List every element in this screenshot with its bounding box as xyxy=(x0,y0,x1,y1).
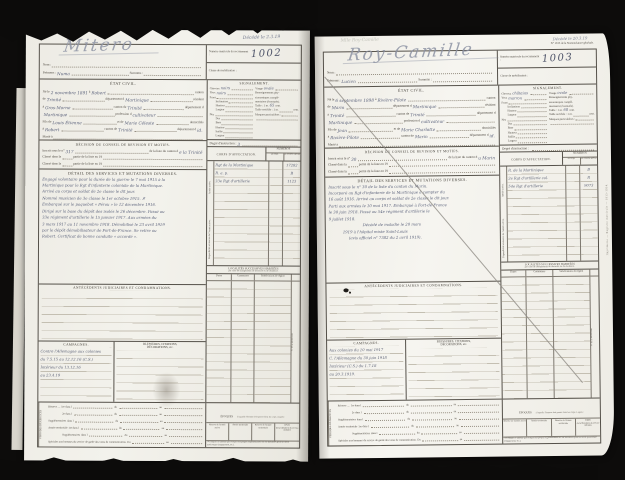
dotted-leader xyxy=(119,406,157,409)
form-label: au xyxy=(460,438,463,441)
nom-line: Nom : xyxy=(327,69,493,75)
form-label: au xyxy=(159,413,162,416)
left-column: ÉTAT CIVIL. Né le6 septembre 1898àRivièr… xyxy=(324,86,503,401)
ruled-lines xyxy=(408,347,499,400)
form-label: dans l xyxy=(357,418,363,421)
handwritten-value: Numa xyxy=(57,71,70,76)
handwritten-value: Rivière-Pilote xyxy=(377,97,406,102)
form-label: Classe de mobilisation : xyxy=(209,69,249,73)
handwritten-value: 317 xyxy=(66,149,74,154)
dotted-leader xyxy=(242,141,297,147)
form-label: du xyxy=(119,427,122,430)
corps-entry: 33e Rgt d'artillerie xyxy=(215,177,267,185)
col-reserve-active: Réserve de l'armée active xyxy=(206,423,229,440)
handwritten-value: Marin xyxy=(332,105,345,110)
dotted-leader xyxy=(62,161,72,167)
section-signalement: SIGNALEMENT. Cheveuxchâtains Yeuxmarron … xyxy=(499,84,597,145)
form-label: canton de xyxy=(401,135,414,139)
vertical-label: Armée active. xyxy=(500,167,507,215)
etat-civil-line: Né le2 novembre 1891àRobertcanton xyxy=(43,86,204,94)
form-label: de garde des voies de communication. xyxy=(85,441,126,444)
form-label: département d xyxy=(477,111,496,115)
dotted-leader xyxy=(430,132,469,139)
dotted-leader xyxy=(76,419,114,422)
dotted-leader xyxy=(62,154,72,160)
prenoms-line: Prénoms :LucienSurnoms : xyxy=(327,77,493,84)
form-label: Inscrit sous le n° xyxy=(328,157,350,161)
sig-line: Visageovale xyxy=(255,86,299,90)
form-label: Largeur xyxy=(216,134,225,137)
handwritten-value: 65 xyxy=(270,104,275,108)
handwritten-value: 30 xyxy=(351,157,356,162)
form-frame: Roy-Camille Nom : Prénoms :LucienSurnoms… xyxy=(323,48,601,446)
col-dates: Dates xyxy=(501,271,526,277)
bottom-strip: PÉRIODES D'EXERCICES Réserve ....1re dan… xyxy=(328,397,600,445)
signalement-grid: Cheveuxnoirs Yeuxnoirs Front Inclinaison… xyxy=(208,86,301,138)
form-label: résidant xyxy=(193,98,203,102)
form-label: département d xyxy=(185,106,204,110)
form-label: du xyxy=(115,420,118,423)
col-date-liberation: DATEde la libération du service militair… xyxy=(275,423,299,440)
form-label: Front xyxy=(210,96,216,99)
dotted-leader xyxy=(532,145,594,151)
vertical-label: Disponibilité et réserve de l'armée acti… xyxy=(501,214,508,262)
dotted-leader xyxy=(74,412,112,415)
signalement-col-b: Visageovale Renseignements phy- sionomiq… xyxy=(255,86,299,138)
dotted-leader xyxy=(69,110,114,117)
col-reserve-territoriale: Réserve de l'armée territoriale xyxy=(252,423,275,440)
dotted-leader xyxy=(408,94,485,101)
periode-line: Réserve ....1re dans lduau xyxy=(48,405,203,409)
form-label: au xyxy=(454,403,457,406)
corps-affectation-table: CORPS D'AFFECTATION. NUMÉROS au corpsau … xyxy=(207,147,300,266)
campagne-entry: au 23.4.19 xyxy=(40,372,111,380)
periodes-lines: Réserve ....1re dans lduau 2e dans lduau… xyxy=(46,402,205,447)
scanned-register-spread: { "form": { "nomenclature": "N° 1913 de … xyxy=(0,0,625,480)
dotted-leader xyxy=(459,416,499,420)
col-numero xyxy=(590,270,598,276)
form-label: département d xyxy=(177,128,196,132)
numeros-header: NUMÉROS au corpsau contrôle spécial xyxy=(563,152,597,165)
section-blessures: BLESSURES, CITATIONS,DÉCORATIONS, etc. xyxy=(406,339,501,400)
ruled-lines xyxy=(329,288,498,340)
form-label: Visage xyxy=(255,87,263,90)
sig-line xyxy=(549,121,595,126)
periode-line: 2e dans lduau xyxy=(338,410,500,415)
periode-line: Armée territoriale1re dans lduau xyxy=(338,424,500,429)
form-label: département d xyxy=(393,105,412,109)
dotted-leader xyxy=(61,125,103,132)
form-label: Hauteur xyxy=(216,104,225,107)
form-label: à xyxy=(328,136,330,140)
dotted-leader xyxy=(164,413,202,416)
handwritten-value: Trinité xyxy=(127,105,141,110)
periode-line: Supplémentairesdans lduau xyxy=(338,431,500,436)
numero-entry: R xyxy=(580,174,597,182)
dotted-leader xyxy=(124,427,160,430)
ruled-lines: Contre l'Allemagne aux colonies du 7.5.1… xyxy=(40,347,111,401)
dotted-leader xyxy=(464,430,500,434)
localites-body: N° de la subdivision xyxy=(501,277,599,399)
form-label: canton de xyxy=(104,128,117,132)
campagnes-blessures-row: CAMPAGNES. Contre l'Allemagne aux coloni… xyxy=(38,340,205,402)
form-label: Taille : 1 m. xyxy=(255,105,268,108)
note-text: Ne remplir ce tableau que lorsque les ép… xyxy=(504,437,558,440)
numero-controle-column: 17282 B 1123 xyxy=(283,162,300,266)
form-label: Fils de xyxy=(328,128,337,132)
dotted-leader xyxy=(411,403,452,407)
signalement-col-a: Cheveuxnoirs Yeuxnoirs Front Inclinaison… xyxy=(210,86,254,138)
dotted-leader xyxy=(363,411,404,415)
form-label: de garde des voies de communication. xyxy=(375,439,416,442)
form-label: partie de la liste en 19 xyxy=(73,156,102,160)
dotted-leader xyxy=(433,77,493,82)
ruled-column xyxy=(501,278,527,399)
dotted-leader xyxy=(119,413,157,416)
ruled-lines: Aux colonies du 10 mai 1917 C. l'Allemag… xyxy=(329,346,404,401)
etat-civil-line: Fils deLouis Étienneet deMarie Célestedo… xyxy=(43,116,204,124)
form-label: Saillie xyxy=(508,135,515,138)
form-label: Supplémentaires xyxy=(338,418,356,421)
form-label: Supplémentaires xyxy=(352,432,370,435)
nomenclature-reference: N° 1913 de la Nomenclature générale. xyxy=(551,42,594,45)
form-label: Yeux xyxy=(210,91,216,94)
dotted-leader xyxy=(81,426,117,429)
form-label: au xyxy=(160,420,163,423)
dotted-leader xyxy=(371,424,409,428)
form-label: de la liste du canton d xyxy=(448,156,477,160)
periode-line: Spéciales aux hommes du servicede garde … xyxy=(338,438,500,443)
ink-smudge xyxy=(152,372,180,408)
section-detail-services: DÉTAIL DES SERVICES ET MUTATIONS DIVERSE… xyxy=(39,169,207,284)
form-label: du xyxy=(114,413,117,416)
localites-subtitle: par suite de changements de domicile ou … xyxy=(207,270,300,273)
epoques-subtitle: à laquelle l'homme doit passer dans les … xyxy=(536,411,584,414)
handwritten-value: id. xyxy=(197,128,202,133)
form-label: Supplémentaires xyxy=(62,434,80,437)
form-label: Classé dans la xyxy=(328,170,347,174)
form-label: Surnoms : xyxy=(418,78,432,82)
dotted-leader xyxy=(416,424,454,428)
form-label: Degré d'instruction : xyxy=(502,147,529,151)
date-sublabel: de la libération du service militaire xyxy=(576,422,600,428)
form-label: partie de la liste en 19 xyxy=(359,170,388,174)
col-date-liberation: DATEde la libération du service militair… xyxy=(576,418,600,435)
dotted-leader xyxy=(134,125,176,132)
periode-line: Réserve ....1re dans lduau xyxy=(338,403,500,408)
periodes-exercices: PÉRIODES D'EXERCICES Réserve ....1re dan… xyxy=(328,400,504,446)
col-communes: Communes xyxy=(526,270,553,276)
epoques-title: ÉPOQUES xyxy=(519,411,532,414)
form-label: mentaires (éventuels). xyxy=(255,100,280,103)
numero-entry: B xyxy=(283,170,300,178)
form-label: du xyxy=(125,434,128,437)
dotted-leader xyxy=(461,423,499,427)
ruled-column xyxy=(254,282,292,403)
form-label: sionomiques complé- xyxy=(255,96,279,99)
form-label: Taille rectifiée : 1 m. xyxy=(549,113,572,117)
form-label: du xyxy=(406,404,409,407)
decision-line: Classé dans lapartie de la liste en 19 xyxy=(42,160,203,167)
campagne-entry: Contre l'Allemagne aux colonies xyxy=(41,347,112,355)
etat-civil-block: Né le6 septembre 1898àRivière-Pilotecant… xyxy=(324,93,499,147)
epoques-title: ÉPOQUES xyxy=(220,415,233,418)
form-label: à xyxy=(375,98,377,102)
signalement-col-b: Visageovale Renseignements phy- sionomiq… xyxy=(549,91,595,143)
localites-table: LOCALITÉS SUCCESSIVES HABITÉESpar suite … xyxy=(501,261,599,398)
corps-table-header: CORPS D'AFFECTATION. NUMÉROS au corpsau … xyxy=(500,152,597,167)
form-label: Dos xyxy=(508,122,513,125)
form-label: canton de xyxy=(397,112,410,116)
form-label: Renseignements phy- xyxy=(549,96,573,100)
left-column: ÉTAT CIVIL. Né le2 novembre 1891àRobertc… xyxy=(38,79,207,402)
dotted-leader xyxy=(52,63,201,67)
section-campagnes: CAMPAGNES. Contre l'Allemagne aux coloni… xyxy=(38,341,114,401)
form-label: partie de la liste en 19 xyxy=(359,163,388,167)
form-label: du xyxy=(407,418,410,421)
handwritten-value: Rivière-Pilote xyxy=(330,135,359,140)
col-armee-territoriale: Armée territoriale xyxy=(229,423,252,440)
form-label: Spéciales aux hommes du service xyxy=(48,440,84,443)
form-label: 1re dans l xyxy=(69,427,79,430)
classe-row: Classe de mobilisation : xyxy=(498,66,596,85)
section-campagnes: CAMPAGNES. Aux colonies du 10 mai 1917 C… xyxy=(327,340,407,401)
form-label: du xyxy=(406,411,409,414)
col-subdivisions: Subdivisions de région xyxy=(255,275,292,281)
corps-title: CORPS D'AFFECTATION. xyxy=(500,152,563,166)
form-label: Supplémentaires xyxy=(48,419,66,422)
form-label: et de xyxy=(394,127,400,131)
dotted-leader xyxy=(423,438,458,442)
dotted-leader xyxy=(363,404,404,408)
form-label: Base xyxy=(216,122,221,125)
form-label: domiciliés xyxy=(482,126,496,130)
form-label: 2e dans l xyxy=(62,413,72,416)
epoques-columns: Réserve de l'armée active Armée territor… xyxy=(206,423,299,440)
form-label: Front xyxy=(501,101,507,104)
dotted-leader xyxy=(108,88,194,95)
dotted-leader xyxy=(74,405,112,408)
handwritten-value: Martinique xyxy=(44,112,68,117)
col-au-controle: au contrôle spécial xyxy=(581,157,598,165)
epoques-header: ÉPOQUES à laquelle l'homme doit passer d… xyxy=(503,398,600,419)
dotted-leader xyxy=(458,402,499,406)
form-label: de xyxy=(327,106,330,110)
dotted-leader xyxy=(422,431,458,435)
sig-line: Visageovale xyxy=(549,91,595,96)
corps-entry: R. a. p. xyxy=(215,169,267,177)
dotted-leader xyxy=(63,95,104,102)
form-label: 1re dans l xyxy=(358,425,368,428)
dotted-leader xyxy=(379,431,415,435)
dotted-leader xyxy=(438,101,484,108)
form-label: et de xyxy=(117,120,123,124)
section-antecedents: ANTÉCÉDENTS JUDICIAIRES ET CONDAMNATIONS… xyxy=(39,283,206,341)
printer-imprint: Imprimerie — Registre matricule — 1913-1… xyxy=(605,183,609,255)
form-label: du xyxy=(114,406,117,409)
dotted-leader xyxy=(133,441,165,444)
corps-entries: R. de la Martinique 2e Rgt d'artillerie … xyxy=(507,166,567,262)
handwritten-value: u Marin xyxy=(478,155,495,160)
form-label: dans l xyxy=(67,420,73,423)
numero-controle-column: B R 9073 xyxy=(580,166,598,261)
handwritten-value: Robert xyxy=(45,127,60,132)
form-label: de xyxy=(43,98,46,102)
col-dates: Dates xyxy=(207,275,232,281)
dotted-leader xyxy=(518,139,547,143)
dotted-leader xyxy=(164,420,202,423)
faint-pencil-note: Mlle Roy-Camille xyxy=(341,38,379,44)
form-label: Visage xyxy=(549,92,557,95)
dotted-leader xyxy=(348,168,358,174)
form-label: département d xyxy=(105,98,124,102)
handwritten-value: ovale xyxy=(264,87,274,91)
form-label: Du xyxy=(127,441,130,444)
dotted-leader xyxy=(458,409,499,413)
vertical-label: N° de la subdivision xyxy=(590,277,599,398)
form-label: Classé dans la xyxy=(42,162,61,166)
sig-line: Largeur xyxy=(210,133,254,137)
etat-civil-line: Martiniqueprofession dcultivateur xyxy=(43,109,204,117)
handwritten-value: 3 xyxy=(237,142,240,147)
form-label: département d xyxy=(470,134,489,138)
epoques-note: Ne remplir ce tableau que lorsque les ép… xyxy=(503,435,600,444)
bottom-strip: PÉRIODES D'EXERCICES Réserve ....1re dan… xyxy=(38,401,299,447)
numeros-subheaders: au corpsau contrôle spécial xyxy=(266,153,300,161)
form-label: Inscrit sous le n° xyxy=(42,149,64,153)
etat-civil-line: deTrinitédépartement dMartiniquerésidant xyxy=(43,94,204,102)
ruled-column xyxy=(231,282,254,403)
form-label: canton xyxy=(195,91,204,95)
numero-entry: 17282 xyxy=(283,162,300,170)
col-au-controle: au contrôle spécial xyxy=(284,153,301,161)
form-label: au xyxy=(162,427,165,430)
section-antecedents: ANTÉCÉDENTS JUDICIAIRES ET CONDAMNATIONS… xyxy=(326,281,501,340)
handwritten-value: Trinité xyxy=(118,127,132,132)
vertical-label: Armée active. xyxy=(207,161,213,213)
campagnes-blessures-row: CAMPAGNES. Aux colonies du 10 mai 1917 C… xyxy=(327,338,502,401)
dotted-leader xyxy=(358,78,418,83)
handwritten-value: Martinique xyxy=(413,104,437,109)
dotted-leader xyxy=(129,434,162,437)
form-label: canton xyxy=(487,96,496,100)
form-label: Armée territoriale xyxy=(48,426,67,429)
signalement-grid: Cheveuxchâtains Yeuxmarron Front Inclina… xyxy=(499,90,597,143)
form-label: profession d xyxy=(404,120,420,124)
epoques-table: ÉPOQUES à laquelle l'homme doit passer d… xyxy=(503,398,600,443)
form-label: Armée territoriale xyxy=(338,425,357,428)
dotted-leader xyxy=(569,91,593,95)
handwritten-value: cultivateur xyxy=(132,112,155,117)
numero-entry: 9073 xyxy=(580,182,597,190)
epoques-subtitle: à laquelle l'homme doit passer dans les … xyxy=(237,416,285,418)
col-au-corps: au corps xyxy=(563,157,581,165)
dotted-leader xyxy=(365,418,405,422)
matricule-number: 1003 xyxy=(542,52,574,65)
dotted-leader xyxy=(464,437,499,441)
sig-line: Largeur xyxy=(502,138,548,143)
handwritten-value: Jean xyxy=(338,127,347,132)
col-subdivisions: Subdivisions de région xyxy=(553,270,590,276)
epoques-note: Ne remplir ce tableau que lorsque les ép… xyxy=(206,440,299,448)
campagne-entry: Intérieur du 13.12.16 xyxy=(40,364,111,372)
form-label: Taille rectifiée : 1 m. xyxy=(255,109,278,112)
localites-body: N° de la subdivision xyxy=(206,282,299,403)
form-label: Dos xyxy=(216,117,221,120)
form-label: Né le xyxy=(327,98,334,102)
dotted-leader xyxy=(72,71,129,76)
form-label: sionomiques complé- xyxy=(549,100,573,104)
form-label: Nez xyxy=(210,113,215,116)
sig-line xyxy=(255,116,299,120)
periode-line: 2e dans lduau xyxy=(48,412,203,416)
dotted-leader xyxy=(89,434,122,437)
signalement-col-a: Cheveuxchâtains Yeuxmarron Front Inclina… xyxy=(501,91,547,143)
form-label: 1re dans l xyxy=(351,404,361,407)
form-label: Réserve .... xyxy=(338,404,350,407)
periode-line: Supplémentairesdans lduau xyxy=(48,433,203,437)
form-label: Classe de mobilisation : xyxy=(500,74,540,78)
matricule-number: 1002 xyxy=(251,47,283,59)
ruled-column xyxy=(553,277,591,398)
section-decision-conseil: DÉCISION DU CONSEIL DE REVISION ET MOTIF… xyxy=(39,139,206,170)
form-label: Degré d'instruction : xyxy=(209,142,236,146)
form-label: mentaires (éventuels). xyxy=(549,105,574,109)
form-label: au xyxy=(454,410,457,413)
dotted-leader xyxy=(158,111,203,118)
dotted-leader xyxy=(256,117,298,121)
corps-entry: Rgt de la Martinique xyxy=(215,161,267,169)
handwritten-value: Trinité xyxy=(330,112,344,117)
campagne-entry: au 20.3.1919. xyxy=(329,370,403,379)
dotted-leader xyxy=(550,121,594,126)
form-label: Prénoms : xyxy=(43,72,56,76)
handwritten-value: Marie Charlotte xyxy=(401,126,435,131)
dotted-leader xyxy=(151,96,192,103)
vertical-label: PÉRIODES D'EXERCICES xyxy=(328,401,336,445)
form-label: domiciliés xyxy=(190,121,204,125)
form-label: au xyxy=(454,417,457,420)
handwritten-value: 68 xyxy=(563,108,568,112)
form-label: Surnoms : xyxy=(130,72,143,76)
form-label: dans l xyxy=(371,432,377,435)
ruled-column xyxy=(206,282,232,403)
numero-entry: 1123 xyxy=(283,178,300,186)
form-label: Né le xyxy=(43,90,50,94)
periode-line: Armée territoriale1re dans lduau xyxy=(48,426,203,430)
form-label: au xyxy=(164,434,167,437)
dotted-leader xyxy=(411,410,452,414)
campagne-entry: du 7.5.15 au 12.12.16 (C.S.) xyxy=(40,356,111,364)
form-label: au xyxy=(456,424,459,427)
vertical-label: Disponibilité et réserve de l'armée acti… xyxy=(207,213,213,265)
form-label: Largeur xyxy=(508,140,517,143)
corps-table-header: CORPS D'AFFECTATION. NUMÉROS au corpsau … xyxy=(207,147,300,161)
vertical-label: N° de la subdivision xyxy=(291,282,300,403)
dotted-leader xyxy=(144,71,201,76)
localites-subtitle: par suite de changements de domicile ou … xyxy=(501,266,598,270)
handwritten-value: 2 novembre 1891 xyxy=(51,90,88,95)
form-label: Classé dans la xyxy=(328,164,347,168)
corps-entries: Rgt de la Martinique R. a. p. 33e Rgt d'… xyxy=(214,161,269,265)
section-detail-services: DÉTAIL DES SERVICES ET MUTATIONS DIVERSE… xyxy=(325,175,500,282)
col-numero: N° de la subdivision xyxy=(590,277,599,398)
form-label: Réserve .... xyxy=(48,405,60,408)
form-label: profession d xyxy=(115,113,131,117)
handwritten-value: Lucien xyxy=(341,79,355,84)
handwritten-value: ovale xyxy=(557,91,567,95)
date-sublabel: de la libération du service militaire xyxy=(275,427,299,432)
